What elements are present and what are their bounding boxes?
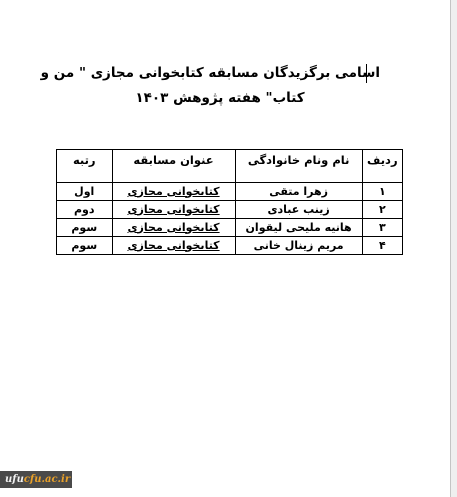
watermark-domain: cfu.ac.ir (24, 474, 70, 485)
cell-full-name: زینب عبادی (235, 201, 362, 219)
cell-rank: سوم (57, 237, 113, 255)
site-watermark: ufucfu.ac.ir (0, 471, 72, 488)
header-row-number: ردیف (362, 150, 402, 183)
cell-contest-title: کتابخوانی مجازی (112, 201, 235, 219)
cell-rank: اول (57, 183, 113, 201)
table-row: ۲ زینب عبادی کتابخوانی مجازی دوم (57, 201, 403, 219)
document-title[interactable]: اسامی برگزیدگان مسابقه کتابخوانی مجازی "… (60, 61, 380, 111)
header-rank: رتبه (57, 150, 113, 183)
winners-table: ردیف نام ونام خانوادگی عنوان مسابقه رتبه… (56, 149, 403, 255)
text-cursor (366, 64, 367, 83)
cell-contest-title: کتابخوانی مجازی (112, 237, 235, 255)
title-line-1: اسامی برگزیدگان مسابقه کتابخوانی مجازی "… (60, 61, 380, 86)
cell-rank: سوم (57, 219, 113, 237)
table-row: ۱ زهرا متقی کتابخوانی مجازی اول (57, 183, 403, 201)
header-contest-title: عنوان مسابقه (112, 150, 235, 183)
cell-full-name: هانیه ملیحی لیقوان (235, 219, 362, 237)
cell-row-number: ۴ (362, 237, 402, 255)
header-full-name: نام ونام خانوادگی (235, 150, 362, 183)
table-row: ۳ هانیه ملیحی لیقوان کتابخوانی مجازی سوم (57, 219, 403, 237)
title-line-2: کتاب" هفته پژوهش ۱۴۰۳ (60, 86, 380, 111)
cell-row-number: ۱ (362, 183, 402, 201)
cell-contest-title: کتابخوانی مجازی (112, 183, 235, 201)
cell-rank: دوم (57, 201, 113, 219)
watermark-prefix: ufu (5, 474, 24, 485)
cell-row-number: ۳ (362, 219, 402, 237)
cell-full-name: مریم زینال خانی (235, 237, 362, 255)
table-header-row: ردیف نام ونام خانوادگی عنوان مسابقه رتبه (57, 150, 403, 183)
table-row: ۴ مریم زینال خانی کتابخوانی مجازی سوم (57, 237, 403, 255)
cell-row-number: ۲ (362, 201, 402, 219)
cell-full-name: زهرا متقی (235, 183, 362, 201)
page-edge-scrollbar[interactable] (450, 0, 457, 497)
document-page: اسامی برگزیدگان مسابقه کتابخوانی مجازی "… (0, 0, 450, 497)
cell-contest-title: کتابخوانی مجازی (112, 219, 235, 237)
